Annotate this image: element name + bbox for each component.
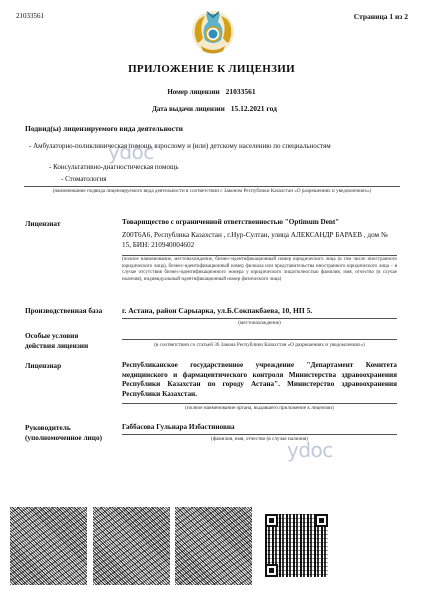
- divider: [122, 403, 397, 404]
- license-number-row: Номер лицензии21033561: [0, 87, 423, 96]
- qr-finder-icon: [265, 514, 278, 527]
- watermark: ydoc: [287, 438, 333, 462]
- subtype-item: - Консультативно-диагностическая помощь: [49, 163, 179, 171]
- special-conditions-label-line2: действия лицензии: [25, 341, 88, 351]
- special-conditions-label-line1: Особые условия: [25, 331, 88, 341]
- qr-finder-icon: [265, 564, 278, 577]
- head-caption: (фамилия, имя, отчество (в случае наличи…: [122, 436, 397, 442]
- head-value: Габбасова Гульнара Избастиновна: [122, 422, 397, 432]
- production-base-label: Производственная база: [25, 306, 102, 316]
- barcode-icon: [10, 507, 87, 585]
- head-label-line1: Руководитель: [25, 423, 102, 433]
- head-label: Руководитель (уполномоченное лицо): [25, 423, 102, 443]
- production-base-value: г. Астана, район Сарыарка, ул.Б.Сокпакба…: [122, 306, 397, 316]
- watermark: ydoc: [108, 140, 154, 164]
- special-conditions-label: Особые условия действия лицензии: [25, 331, 88, 351]
- coat-of-arms-icon: [189, 8, 237, 58]
- subtypes-caption: (наименование подвида лицензируемого вид…: [24, 188, 400, 194]
- production-base-caption: (местонахождение): [122, 320, 397, 326]
- page-number: Страница 1 из 2: [354, 12, 408, 21]
- licensee-address: Z00T6A6, Республика Казахстан , г.Нур-Су…: [122, 230, 398, 250]
- divider: [122, 434, 397, 435]
- issue-date-row: Дата выдачи лицензии15.12.2021 год: [0, 104, 423, 113]
- subtype-item: - Амбулаторно-поликлиническая помощь взр…: [29, 142, 331, 150]
- issue-date-label: Дата выдачи лицензии: [152, 105, 225, 113]
- divider: [122, 318, 397, 319]
- special-conditions-caption: (в соответствии со статьей 36 Закона Рес…: [122, 342, 397, 348]
- divider: [122, 255, 397, 256]
- licensor-value: Республиканское государственное учрежден…: [122, 361, 397, 399]
- issue-date: 15.12.2021 год: [231, 104, 277, 113]
- subtype-item: - Стоматология: [61, 175, 107, 183]
- page-title: ПРИЛОЖЕНИЕ К ЛИЦЕНЗИИ: [0, 63, 423, 75]
- licensor-label: Лицензиар: [25, 361, 61, 371]
- document-id: 21033561: [16, 12, 44, 20]
- qr-finder-icon: [315, 514, 328, 527]
- barcode-icon: [93, 507, 170, 585]
- licensor-caption: (полное наименование органа, выдавшего п…: [122, 405, 397, 411]
- divider: [24, 186, 400, 187]
- licensee-label: Лицензиат: [25, 219, 60, 229]
- head-label-line2: (уполномоченное лицо): [25, 433, 102, 443]
- license-number: 21033561: [226, 87, 256, 96]
- licensee-name: Товарищество с ограниченной ответственно…: [122, 217, 397, 227]
- barcode-icon: [175, 507, 252, 585]
- subtypes-title: Подвид(ы) лицензируемого вида деятельнос…: [25, 124, 183, 133]
- license-number-label: Номер лицензии: [167, 88, 219, 96]
- divider: [122, 339, 397, 340]
- qr-code-icon: [265, 514, 328, 577]
- licensee-caption: (полное наименование, местонахождение, б…: [122, 257, 397, 283]
